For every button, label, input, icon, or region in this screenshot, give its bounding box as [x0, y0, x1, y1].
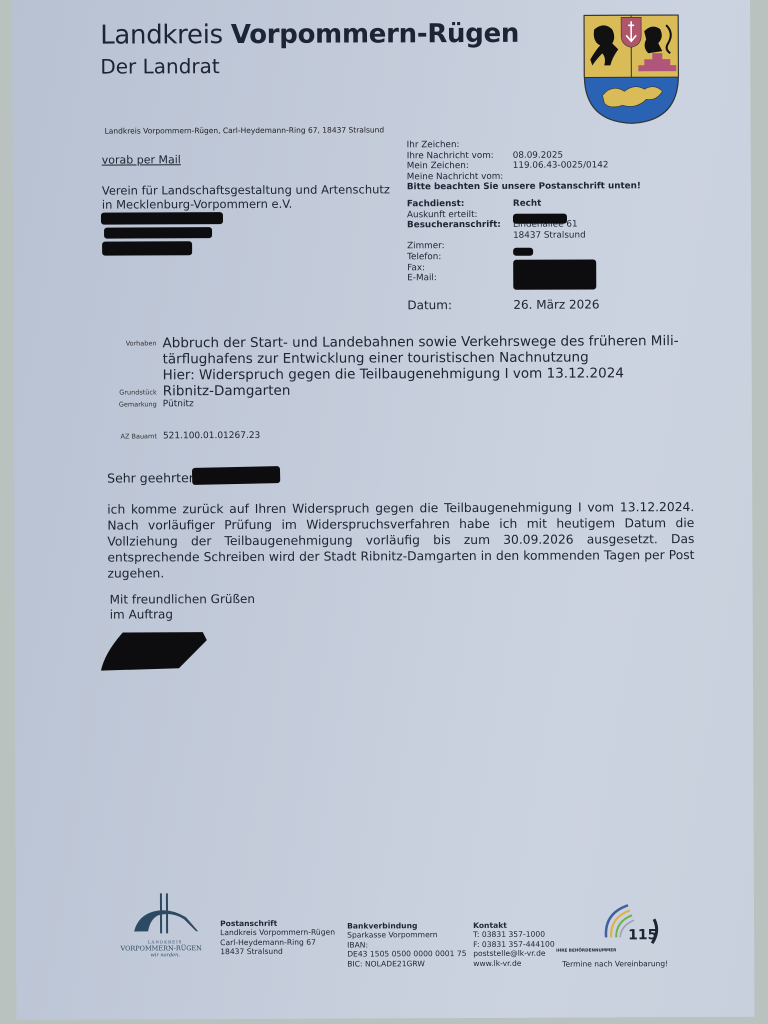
subject-value: Pütnitz [163, 399, 194, 409]
subject-line: Hier: Widerspruch gegen die Teilbaugeneh… [163, 365, 679, 383]
coat-of-arms-icon [582, 13, 681, 129]
footer-postanschrift: Postanschrift Landkreis Vorpommern-Rügen… [220, 919, 335, 957]
footer-heading: Kontakt [473, 921, 507, 930]
info-label: Telefon: [407, 252, 513, 263]
delivery-note: vorab per Mail [102, 153, 181, 166]
redaction-bar [192, 466, 280, 485]
date-label: Datum: [407, 298, 513, 312]
phone-115-icon: 115 [556, 899, 666, 951]
footer-line: IBAN: [347, 940, 466, 950]
date-value: 26. März 2026 [513, 297, 599, 311]
redaction-bar [101, 212, 223, 225]
redaction-bar [513, 248, 533, 256]
footer-line: BIC: NOLADE21GRW [347, 959, 466, 969]
subject-text: Abbruch der Start- und Landebahnen sowie… [162, 333, 678, 383]
footer-kontakt: Kontakt T: 03831 357-1000 F: 03831 357-4… [473, 921, 555, 968]
info-label: Meine Nachricht vom: [407, 172, 513, 183]
redaction-bar [104, 227, 212, 238]
footer-bank: Bankverbindung Sparkasse Vorpommern IBAN… [347, 921, 467, 969]
subject-label: Vorhaben [108, 335, 156, 383]
info-label: Ihr Zeichen: [407, 140, 513, 151]
letter-date: Datum:26. März 2026 [407, 297, 599, 312]
footer-line: F: 03831 357-444100 [473, 939, 555, 949]
info-label: Zimmer: [407, 241, 513, 252]
footer-line: Landkreis Vorpommern-Rügen [220, 928, 335, 938]
appointment-note: Termine nach Vereinbarung! [562, 959, 676, 968]
subject-block: Vorhaben Abbruch der Start- und Landebah… [108, 333, 679, 441]
footer-website-link[interactable]: www.lk-vr.de [473, 958, 555, 968]
subject-value: Ribnitz-Damgarten [163, 383, 291, 400]
postal-notice: Bitte beachten Sie unsere Postanschrift … [407, 182, 641, 194]
footer-line: DE43 1505 0500 0000 0001 75 [347, 949, 466, 959]
closing: Mit freundlichen Grüßen im Auftrag [110, 592, 256, 623]
info-value: Recht [513, 199, 541, 210]
recipient-line: in Mecklenburg-Vorpommern e.V. [102, 196, 390, 211]
subject-vorhaben: Vorhaben Abbruch der Start- und Landebah… [108, 333, 678, 383]
info-value: 18437 Stralsund [513, 230, 586, 241]
footer-heading: Postanschrift [220, 919, 277, 928]
org-prefix: Landkreis [100, 20, 231, 51]
info-label: Fax: [407, 262, 513, 273]
redaction-bar [102, 241, 192, 255]
redaction-bar [513, 259, 596, 289]
district-logo: LANDKREIS VORPOMMERN-RÜGEN wir norden. [122, 891, 208, 958]
org-name: Vorpommern-Rügen [231, 19, 519, 50]
info-label: Ihre Nachricht vom: [407, 150, 513, 161]
info-value: 119.06.43-0025/0142 [513, 161, 609, 172]
subject-az: AZ Bauamt 521.100.01.01267.23 [109, 429, 679, 441]
footer-heading: Bankverbindung [347, 921, 417, 930]
subject-label: Grundstück [109, 383, 157, 399]
signature-redaction [99, 630, 209, 676]
logo-slogan: wir norden. [122, 952, 208, 958]
closing-line: im Auftrag [110, 607, 255, 623]
subject-label: AZ Bauamt [109, 432, 157, 440]
organization-title: Landkreis Vorpommern-Rügen [100, 19, 519, 51]
letter-body: ich komme zurück auf Ihren Widerspruch g… [107, 499, 694, 582]
recipient-address: Verein für Landschaftsgestaltung und Art… [102, 182, 390, 211]
bridge-logo-icon [126, 891, 204, 935]
footer-line: 18437 Stralsund [220, 947, 335, 957]
recipient-line: Verein für Landschaftsgestaltung und Art… [102, 182, 390, 197]
sender-return-address: Landkreis Vorpommern-Rügen, Carl-Heydema… [105, 125, 385, 135]
info-label: Auskunft erteilt: [407, 209, 513, 220]
service-115-badge: 115 IHRE BEHÖRDENNUMMER Termine nach Ver… [556, 899, 676, 969]
footer-line: Sparkasse Vorpommern [347, 930, 466, 940]
closing-line: Mit freundlichen Grüßen [110, 592, 255, 608]
logo-name: VORPOMMERN-RÜGEN [114, 944, 208, 952]
letter-page: Landkreis Vorpommern-Rügen Der Landrat L… [12, 0, 754, 1020]
info-label: Fachdienst: [407, 199, 513, 210]
subject-value: 521.100.01.01267.23 [163, 431, 260, 441]
redaction-bar [513, 214, 567, 224]
subject-line: Abbruch der Start- und Landebahnen sowie… [162, 333, 678, 351]
info-row: Mein Zeichen:119.06.43-0025/0142 [407, 160, 641, 172]
info-label: Mein Zeichen: [407, 161, 513, 172]
footer-email-link[interactable]: poststelle@lk-vr.de [473, 949, 555, 959]
salutation: Sehr geehrter [107, 470, 194, 485]
subject-label: Gemarkung [109, 400, 157, 408]
footer-line: Carl-Heydemann-Ring 67 [220, 937, 335, 947]
info-label: E-Mail: [407, 273, 513, 284]
info-label: Besucheranschrift: [407, 220, 513, 231]
footer-line: T: 03831 357-1000 [473, 930, 555, 940]
info-value: 08.09.2025 [513, 150, 563, 161]
office-title: Der Landrat [100, 54, 219, 79]
